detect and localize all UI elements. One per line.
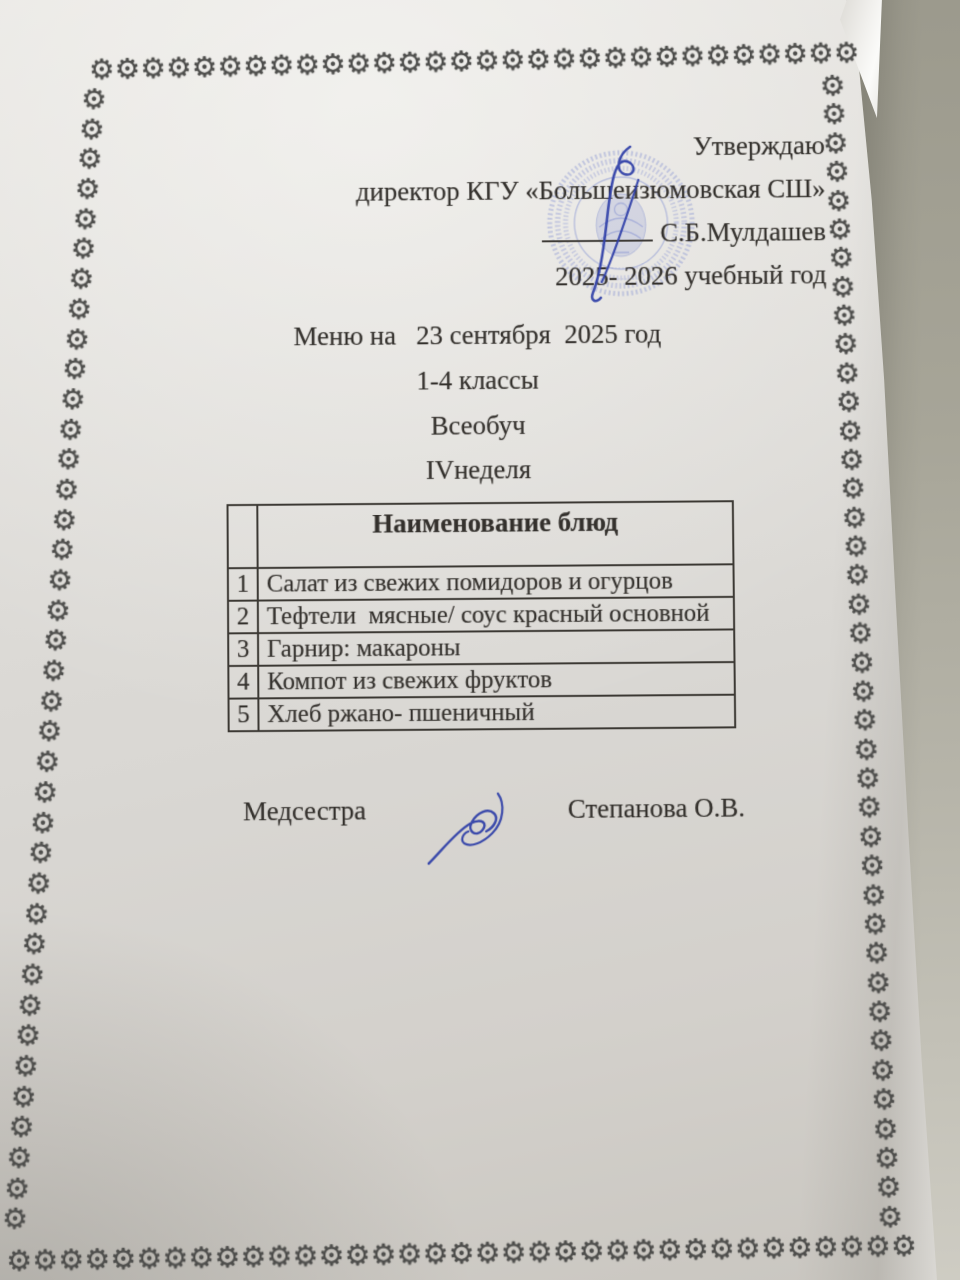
director-signature (569, 133, 670, 320)
gear-ornament-icon: ⚙ (51, 506, 81, 533)
gear-ornament-icon: ⚙ (708, 1236, 735, 1262)
gear-ornament-icon: ⚙ (448, 48, 474, 74)
gear-ornament-icon: ⚙ (552, 1238, 578, 1264)
gear-ornament-icon: ⚙ (191, 54, 217, 80)
gear-ornament-icon: ⚙ (628, 44, 654, 70)
gear-ornament-icon: ⚙ (166, 55, 192, 81)
ornament-border-top: ⚙⚙⚙⚙⚙⚙⚙⚙⚙⚙⚙⚙⚙⚙⚙⚙⚙⚙⚙⚙⚙⚙⚙⚙⚙⚙⚙⚙⚙⚙ (89, 40, 842, 82)
gear-ornament-icon: ⚙ (29, 809, 59, 837)
gear-ornament-icon: ⚙ (68, 265, 97, 292)
program-line: Всеобуч (6, 407, 951, 445)
gear-ornament-icon: ⚙ (864, 969, 893, 996)
dishes-header-cell: Наименование блюд (257, 501, 733, 568)
gear-ornament-icon: ⚙ (89, 56, 115, 82)
ornament-border-right: ⚙⚙⚙⚙⚙⚙⚙⚙⚙⚙⚙⚙⚙⚙⚙⚙⚙⚙⚙⚙⚙⚙⚙⚙⚙⚙⚙⚙⚙⚙⚙⚙⚙⚙⚙⚙⚙⚙⚙⚙ (819, 72, 905, 1230)
gear-ornament-icon: ⚙ (46, 566, 76, 593)
gear-ornament-icon: ⚙ (819, 72, 848, 99)
gear-ornament-icon: ⚙ (839, 1233, 866, 1259)
gear-ornament-icon: ⚙ (630, 1237, 656, 1263)
gear-ornament-icon: ⚙ (782, 41, 808, 67)
table-row: 4 Компот из свежих фруктов (228, 662, 735, 699)
gear-ornament-icon: ⚙ (876, 1203, 905, 1230)
gear-ornament-icon: ⚙ (551, 46, 577, 72)
gear-ornament-icon: ⚙ (344, 1242, 370, 1268)
gear-ornament-icon: ⚙ (866, 998, 895, 1025)
gear-ornament-icon: ⚙ (829, 273, 858, 300)
gear-ornament-icon: ⚙ (42, 627, 72, 654)
gear-ornament-icon: ⚙ (292, 1243, 318, 1269)
gear-ornament-icon: ⚙ (23, 900, 53, 928)
gear-ornament-icon: ⚙ (8, 1113, 38, 1141)
gear-ornament-icon: ⚙ (18, 961, 48, 989)
gear-ornament-icon: ⚙ (857, 823, 886, 850)
gear-ornament-icon: ⚙ (422, 1240, 448, 1266)
dish-number-cell: 1 (228, 568, 258, 601)
gear-ornament-icon: ⚙ (25, 869, 55, 897)
director-name: С.Б.Мулдашев (660, 217, 826, 248)
gear-ornament-icon: ⚙ (844, 562, 873, 589)
gear-ornament-icon: ⚙ (74, 175, 103, 202)
gear-ornament-icon: ⚙ (842, 533, 871, 560)
gear-ornament-icon: ⚙ (856, 794, 885, 821)
gear-ornament-icon: ⚙ (826, 216, 855, 243)
gear-ornament-icon: ⚙ (318, 1242, 344, 1268)
table-row: 1 Салат из свежих помидоров и огурцов (228, 564, 734, 601)
gear-ornament-icon: ⚙ (294, 52, 320, 78)
gear-ornament-icon: ⚙ (787, 1234, 814, 1260)
classes-line: 1-4 классы (6, 362, 950, 400)
dish-name-cell: Салат из свежих помидоров и огурцов (258, 564, 734, 600)
gear-ornament-icon: ⚙ (3, 1174, 33, 1202)
gear-ornament-icon: ⚙ (578, 1238, 604, 1264)
gear-ornament-icon: ⚙ (577, 45, 603, 71)
gear-ornament-icon: ⚙ (500, 1239, 526, 1265)
gear-ornament-icon: ⚙ (27, 839, 57, 867)
gear-ornament-icon: ⚙ (114, 56, 140, 82)
gear-ornament-icon: ⚙ (734, 1235, 761, 1261)
gear-ornament-icon: ⚙ (872, 1115, 901, 1142)
gear-ornament-icon: ⚙ (266, 1243, 292, 1269)
gear-ornament-icon: ⚙ (80, 85, 109, 112)
week-line: IVнеделя (6, 451, 951, 489)
gear-ornament-icon: ⚙ (679, 43, 705, 69)
table-row: 3 Гарнир: макароны (228, 629, 734, 666)
table-row: 5 Хлеб ржано- пшеничный (229, 695, 736, 732)
gear-ornament-icon: ⚙ (761, 1235, 788, 1261)
gear-ornament-icon: ⚙ (140, 55, 166, 81)
gear-ornament-icon: ⚙ (217, 53, 243, 79)
gear-ornament-icon: ⚙ (58, 1246, 84, 1272)
gear-ornament-icon: ⚙ (14, 1022, 44, 1050)
gear-ornament-icon: ⚙ (320, 51, 346, 77)
gear-ornament-icon: ⚙ (851, 707, 880, 734)
gear-ornament-icon: ⚙ (6, 1247, 32, 1273)
gear-ornament-icon: ⚙ (875, 1174, 904, 1201)
dish-number-cell: 5 (229, 698, 259, 731)
dish-name-cell: Гарнир: макароны (258, 629, 735, 665)
gear-ornament-icon: ⚙ (33, 748, 63, 776)
gear-ornament-icon: ⚙ (756, 41, 782, 67)
gear-ornament-icon: ⚙ (862, 910, 891, 937)
gear-ornament-icon: ⚙ (110, 1246, 136, 1272)
gear-ornament-icon: ⚙ (474, 48, 500, 74)
num-header-cell (228, 505, 258, 568)
gear-ornament-icon: ⚙ (873, 1144, 902, 1171)
nurse-name: Степанова О.В. (568, 793, 746, 825)
gear-ornament-icon: ⚙ (70, 235, 99, 262)
gear-ornament-icon: ⚙ (848, 649, 877, 676)
gear-ornament-icon: ⚙ (821, 101, 850, 128)
gear-ornament-icon: ⚙ (188, 1244, 214, 1270)
gear-ornament-icon: ⚙ (370, 1241, 396, 1267)
gear-ornament-icon: ⚙ (500, 47, 526, 73)
gear-ornament-icon: ⚙ (869, 1056, 898, 1083)
gear-ornament-icon: ⚙ (5, 1144, 35, 1172)
gear-ornament-icon: ⚙ (845, 591, 874, 618)
gear-ornament-icon: ⚙ (828, 244, 857, 271)
gear-ornament-icon: ⚙ (602, 45, 628, 71)
nurse-signature (422, 787, 522, 867)
gear-ornament-icon: ⚙ (38, 687, 68, 714)
document-content: ⚙⚙⚙⚙⚙⚙⚙⚙⚙⚙⚙⚙⚙⚙⚙⚙⚙⚙⚙⚙⚙⚙⚙⚙⚙⚙⚙⚙⚙⚙ ⚙⚙⚙⚙⚙⚙⚙⚙⚙… (0, 12, 960, 1280)
ornament-border-left: ⚙⚙⚙⚙⚙⚙⚙⚙⚙⚙⚙⚙⚙⚙⚙⚙⚙⚙⚙⚙⚙⚙⚙⚙⚙⚙⚙⚙⚙⚙⚙⚙⚙⚙⚙⚙⚙⚙ (1, 85, 110, 1233)
gear-ornament-icon: ⚙ (705, 42, 731, 68)
gear-ornament-icon: ⚙ (1, 1205, 31, 1233)
gear-ornament-icon: ⚙ (243, 53, 269, 79)
gear-ornament-icon: ⚙ (40, 657, 70, 684)
table-row: 2 Тефтели мясные/ соус красный основной (228, 597, 734, 634)
gear-ornament-icon: ⚙ (891, 1233, 918, 1259)
gear-ornament-icon: ⚙ (526, 1239, 552, 1265)
gear-ornament-icon: ⚙ (813, 1234, 840, 1260)
gear-ornament-icon: ⚙ (850, 678, 879, 705)
gear-ornament-icon: ⚙ (16, 991, 46, 1019)
gear-ornament-icon: ⚙ (448, 1240, 474, 1266)
gear-ornament-icon: ⚙ (21, 930, 51, 958)
gear-ornament-icon: ⚙ (346, 51, 372, 77)
gear-ornament-icon: ⚙ (32, 1247, 58, 1273)
gear-ornament-icon: ⚙ (870, 1086, 899, 1113)
gear-ornament-icon: ⚙ (423, 49, 449, 75)
gear-ornament-icon: ⚙ (854, 765, 883, 792)
gear-ornament-icon: ⚙ (604, 1237, 630, 1263)
gear-ornament-icon: ⚙ (44, 597, 74, 624)
dish-name-cell: Тефтели мясные/ соус красный основной (258, 597, 734, 633)
gear-ornament-icon: ⚙ (396, 1241, 422, 1267)
gear-ornament-icon: ⚙ (808, 40, 834, 66)
gear-ornament-icon: ⚙ (162, 1245, 188, 1271)
gear-ornament-icon: ⚙ (12, 1052, 42, 1080)
gear-ornament-icon: ⚙ (84, 1246, 110, 1272)
dish-name-cell: Компот из свежих фруктов (258, 662, 735, 698)
gear-ornament-icon: ⚙ (656, 1236, 683, 1262)
gear-ornament-icon: ⚙ (859, 852, 888, 879)
gear-ornament-icon: ⚙ (867, 1027, 896, 1054)
gear-ornament-icon: ⚙ (860, 881, 889, 908)
gear-ornament-icon: ⚙ (136, 1245, 162, 1271)
menu-table: Наименование блюд 1 Салат из свежих поми… (227, 500, 737, 732)
table-header-row: Наименование блюд (228, 501, 734, 568)
gear-ornament-icon: ⚙ (863, 940, 892, 967)
dish-number-cell: 3 (228, 633, 258, 666)
gear-ornament-icon: ⚙ (841, 504, 870, 531)
gear-ornament-icon: ⚙ (31, 778, 61, 806)
gear-ornament-icon: ⚙ (78, 115, 107, 142)
gear-ornament-icon: ⚙ (397, 49, 423, 75)
gear-ornament-icon: ⚙ (268, 52, 294, 78)
gear-ornament-icon: ⚙ (825, 187, 854, 214)
gear-ornament-icon: ⚙ (371, 50, 397, 76)
gear-ornament-icon: ⚙ (525, 46, 551, 72)
gear-ornament-icon: ⚙ (36, 718, 66, 745)
gear-ornament-icon: ⚙ (48, 536, 78, 563)
dish-number-cell: 2 (228, 601, 258, 634)
gear-ornament-icon: ⚙ (474, 1239, 500, 1265)
gear-ornament-icon: ⚙ (65, 295, 94, 322)
dish-name-cell: Хлеб ржано- пшеничный (258, 695, 735, 731)
gear-ornament-icon: ⚙ (240, 1243, 266, 1269)
gear-ornament-icon: ⚙ (833, 40, 859, 66)
menu-title-line: Меню на 23 сентября 2025 год (6, 317, 950, 355)
gear-ornament-icon: ⚙ (847, 620, 876, 647)
ornament-border-bottom: ⚙⚙⚙⚙⚙⚙⚙⚙⚙⚙⚙⚙⚙⚙⚙⚙⚙⚙⚙⚙⚙⚙⚙⚙⚙⚙⚙⚙⚙⚙⚙⚙⚙⚙⚙ (6, 1233, 911, 1274)
gear-ornament-icon: ⚙ (76, 145, 105, 172)
dish-number-cell: 4 (228, 666, 258, 699)
gear-ornament-icon: ⚙ (682, 1236, 709, 1262)
gear-ornament-icon: ⚙ (853, 736, 882, 763)
nurse-role-label: Медсестра (243, 796, 366, 828)
gear-ornament-icon: ⚙ (10, 1083, 40, 1111)
gear-ornament-icon: ⚙ (824, 158, 853, 185)
gear-ornament-icon: ⚙ (72, 205, 101, 232)
gear-ornament-icon: ⚙ (214, 1244, 240, 1270)
gear-ornament-icon: ⚙ (654, 44, 680, 70)
gear-ornament-icon: ⚙ (865, 1233, 892, 1259)
gear-ornament-icon: ⚙ (822, 130, 851, 157)
gear-ornament-icon: ⚙ (731, 42, 757, 68)
